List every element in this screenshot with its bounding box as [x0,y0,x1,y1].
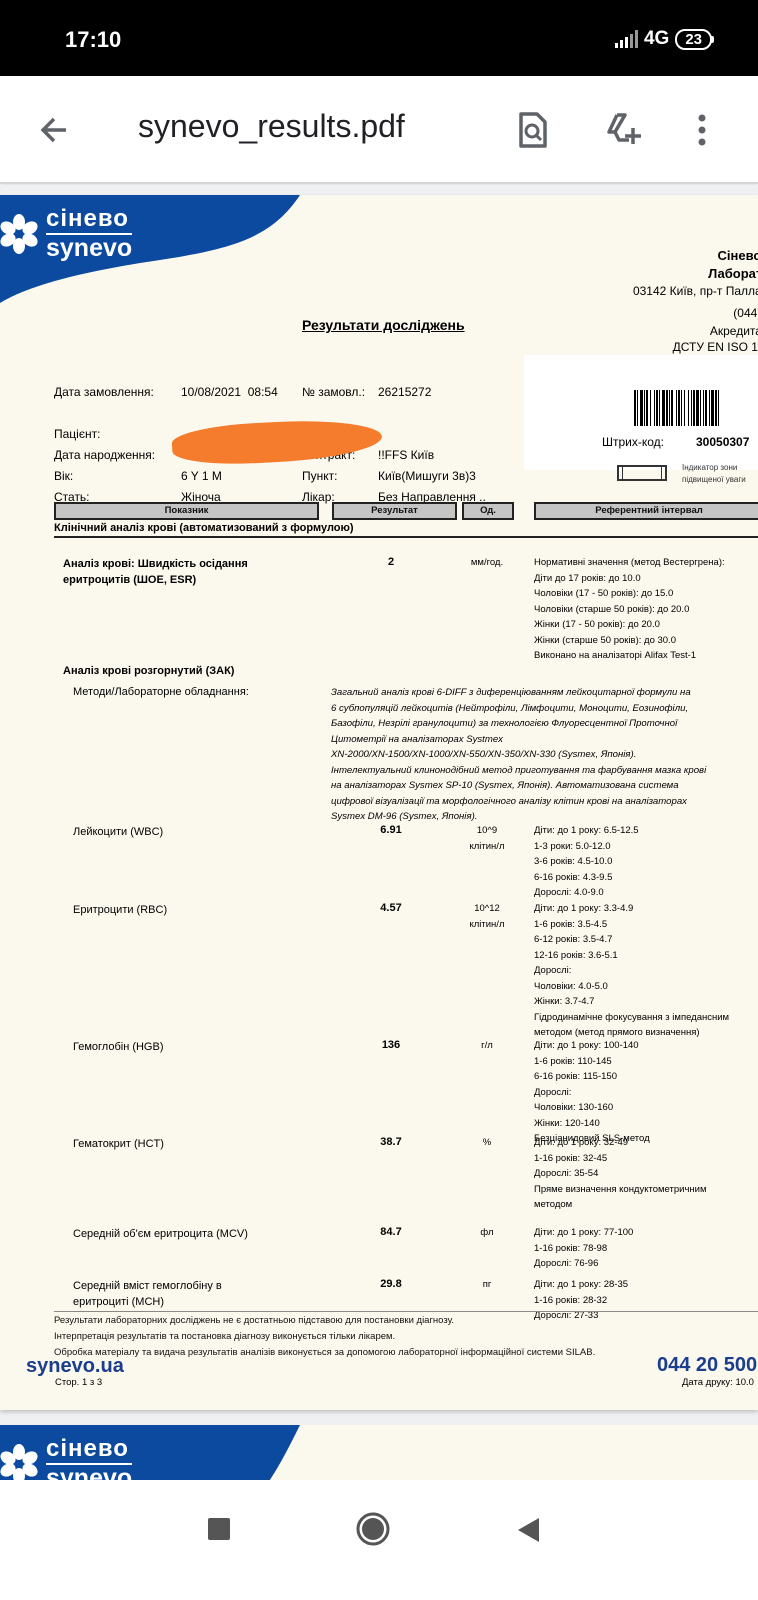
footer-divider [54,1311,758,1312]
print-date: Дата друку: 10.0 [682,1377,754,1388]
pdf-page-2: сінево synevo [0,1425,758,1480]
esr-reference: Нормативні значення (метод Вестергрена):… [534,555,725,664]
lab-info: Сінево (S Лаборатор 03142 Київ, пр-т Пал… [633,247,758,371]
reference-line: Жінки (старше 50 років): до 30.0 [534,633,725,649]
result-unit: пг [452,1277,522,1293]
result-name: Еритроцити (RBC) [73,902,167,918]
reference-line: Жінки: 120-140 [534,1116,650,1132]
flower-logo-icon [0,1442,38,1480]
result-value: 6.91 [362,824,420,836]
reference-line: 1-16 років: 32-45 [534,1151,707,1167]
reference-line: 6-16 років: 115-150 [534,1069,650,1085]
synevo-logo: сінево synevo [0,1437,132,1480]
reference-line: Пряме визначення кондуктометричним [534,1182,707,1198]
age-value: 6 Y 1 M [181,469,222,483]
methods-line: 6 субпопуляцій лейкоцитів (Нейтрофіли, Л… [331,701,706,717]
methods-line: Базофіли, Незрілі гранулоцити) за технол… [331,716,706,732]
indicator-line1: Індикатор зони [682,462,746,474]
reference-line: Гідродинамічне фокусування з імпедансним [534,1010,729,1026]
pdf-page-1: сінево synevo Сінево (S Лаборатор 03142 … [0,195,758,1410]
result-value: 4.57 [362,902,420,914]
cbc-title: Аналіз крові розгорнутий (ЗАК) [63,665,234,677]
result-reference: Діти: до 1 року: 77-1001-16 років: 78-98… [534,1225,633,1272]
signal-icon [615,30,638,48]
esr-value: 2 [362,556,420,568]
point-label: Пункт: [302,469,337,483]
result-unit: г/л [452,1038,522,1054]
footer-phone: 044 20 500 [657,1354,757,1377]
document-title: synevo_results.pdf [138,108,405,145]
lab-accreditation: Акредитація [633,323,758,339]
pdf-viewer[interactable]: сінево synevo Сінево (S Лаборатор 03142 … [0,185,758,1480]
column-header-unit: Од. [462,502,514,520]
result-unit-line: пг [452,1277,522,1293]
result-unit-line: клітин/л [452,917,522,933]
order-date-value: 10/08/2021 08:54 [181,385,278,399]
methods-line: Цитометрії на аналізаторах Systmex [331,732,706,748]
barcode-area: Штрих-код: 30050307 [524,355,758,470]
reference-line: Дорослі: [534,963,729,979]
result-value: 136 [362,1039,420,1051]
reference-line: Діти до 17 років: до 10.0 [534,571,725,587]
flower-logo-icon [0,212,38,256]
reference-line: Чоловіки (17 - 50 років): до 15.0 [534,586,725,602]
navigation-bar [0,1480,758,1600]
lab-subtitle: Лаборатор [633,265,758,283]
reference-line: Жінки: 3.7-4.7 [534,994,729,1010]
reference-line: Діти: до 1 року: 100-140 [534,1038,650,1054]
methods-line: Інтелектуальний клинонодібний метод приг… [331,763,706,779]
reference-line: Нормативні значення (метод Вестергрена): [534,555,725,571]
synevo-logo: сінево synevo [0,207,132,261]
page-title: Результати досліджень [302,317,465,333]
column-header-reference: Референтний інтервал [534,502,758,520]
result-value: 38.7 [362,1136,420,1148]
result-value: 84.7 [362,1226,420,1238]
result-name: Гематокрит (HCT) [73,1136,164,1152]
methods-label: Методи/Лабораторне обладнання: [73,686,249,698]
result-name-line: Еритроцити (RBC) [73,902,167,918]
reference-line: Дорослі: 35-54 [534,1166,707,1182]
result-name-line: еритроциті (MCH) [73,1294,222,1310]
reference-line: 12-16 років: 3.6-5.1 [534,948,729,964]
battery-icon: 23 [675,29,712,50]
result-unit: 10^12клітин/л [452,901,522,933]
result-name-line: Лейкоцити (WBC) [73,824,163,840]
result-name: Середній вміст гемоглобіну веритроциті (… [73,1278,222,1310]
result-name-line: Середній вміст гемоглобіну в [73,1278,222,1294]
more-vert-icon[interactable] [682,110,722,150]
result-value: 29.8 [362,1278,420,1290]
column-header-result: Результат [332,502,457,520]
reference-line: Чоловіки (старше 50 років): до 20.0 [534,602,725,618]
result-unit: % [452,1135,522,1151]
network-type: 4G [644,28,669,50]
result-unit-line: г/л [452,1038,522,1054]
esr-name: Аналіз крові: Швидкість осідання еритроц… [63,556,248,588]
add-to-drive-icon[interactable] [603,110,643,150]
age-label: Вік: [54,469,73,483]
logo-text-lat: synevo [46,235,132,261]
methods-line: Загальний аналіз крові 6-DIFF з диференц… [331,685,706,701]
methods-line: на аналізаторах Sysmex SP-10 (Sysmex, Яп… [331,778,706,794]
site-link: synevo.ua [26,1355,124,1378]
reference-line: Дорослі: 76-96 [534,1256,633,1272]
back-triangle-icon[interactable] [517,1517,541,1543]
page-number: Стор. 1 з 3 [55,1377,102,1388]
status-bar: 17:10 4G 23 [0,0,758,76]
indicator-line2: підвищеної уваги [682,474,746,486]
reference-line: Діти: до 1 року: 32-49 [534,1135,707,1151]
lab-standard: ДСТУ EN ISO 1518 [633,339,758,355]
attention-indicator-icon [617,465,667,481]
lab-phone: (044) 20 [633,305,758,321]
esr-name-line1: Аналіз крові: Швидкість осідання [63,556,248,572]
result-unit: фл [452,1225,522,1241]
reference-line: Жінки (17 - 50 років): до 20.0 [534,617,725,633]
methods-text: Загальний аналіз крові 6-DIFF з диференц… [331,685,706,825]
reference-line: Дорослі: 4.0-9.0 [534,885,639,901]
search-document-icon[interactable] [513,110,553,150]
section-title: Клінічний аналіз крові (автоматизований … [54,522,758,538]
result-name: Гемоглобін (HGB) [73,1039,164,1055]
home-circle-icon[interactable] [356,1512,390,1546]
reference-line: методом [534,1197,707,1213]
result-name-line: Гематокрит (HCT) [73,1136,164,1152]
point-value: Київ(Мишуги 3в)3 [378,469,476,483]
reference-line: Діти: до 1 року: 3.3-4.9 [534,901,729,917]
reference-line: 1-16 років: 28-32 [534,1293,628,1309]
reference-line: Виконано на аналізаторі Alifax Test-1 [534,648,725,664]
footer-note: Інтерпретація результатів та постановка … [54,1331,395,1342]
footer-note: Обробка матеріалу та видача результатів … [54,1347,595,1358]
result-reference: Діти: до 1 року: 28-351-16 років: 28-32Д… [534,1277,628,1324]
esr-unit: мм/год. [452,555,522,571]
order-number-label: № замовл.: [302,385,365,399]
reference-line: 1-6 років: 110-145 [534,1054,650,1070]
lab-name: Сінево (S [633,247,758,265]
patient-label: Пацієнт: [54,427,100,441]
lab-address: 03142 Київ, пр-т Палладін [633,283,758,299]
contract-value: !!FFS Київ [378,448,434,462]
barcode [634,390,721,426]
column-header-indicator: Показник [54,502,319,520]
esr-name-line2: еритроцитів (ШОЕ, ESR) [63,572,248,588]
reference-line: 6-16 років: 4.3-9.5 [534,870,639,886]
result-reference: Діти: до 1 року: 3.3-4.91-6 років: 3.5-4… [534,901,729,1041]
clock: 17:10 [65,27,121,53]
result-reference: Діти: до 1 року: 100-1401-6 років: 110-1… [534,1038,650,1147]
reference-line: Дорослі: [534,1085,650,1101]
reference-line: Чоловіки: 4.0-5.0 [534,979,729,995]
order-number-value: 26215272 [378,385,431,399]
reference-line: 1-16 років: 78-98 [534,1241,633,1257]
logo-text-ukr: сінево [46,207,132,235]
result-name: Середній об'єм еритроцита (MCV) [73,1226,248,1242]
result-unit: 10^9клітин/л [452,823,522,855]
reference-line: 1-6 років: 3.5-4.5 [534,917,729,933]
back-arrow-icon[interactable] [34,110,74,150]
result-unit-line: клітин/л [452,839,522,855]
reference-line: 3-6 років: 4.5-10.0 [534,854,639,870]
result-reference: Діти: до 1 року: 32-491-16 років: 32-45Д… [534,1135,707,1213]
result-unit-line: % [452,1135,522,1151]
logo-text-lat: synevo [46,1465,132,1480]
result-name: Лейкоцити (WBC) [73,824,163,840]
attention-indicator-label: Індикатор зони підвищеної уваги [682,462,746,486]
reference-line: Діти: до 1 року: 6.5-12.5 [534,823,639,839]
reference-line: 1-3 роки: 5.0-12.0 [534,839,639,855]
result-unit-line: фл [452,1225,522,1241]
methods-line: XN-2000/XN-1500/XN-1000/XN-550/XN-350/XN… [331,747,706,763]
reference-line: Чоловіки: 130-160 [534,1100,650,1116]
methods-line: цифрової візуалізації та морфологічного … [331,794,706,810]
result-reference: Діти: до 1 року: 6.5-12.51-3 роки: 5.0-1… [534,823,639,901]
recents-square-icon[interactable] [207,1517,231,1541]
result-name-line: Середній об'єм еритроцита (MCV) [73,1226,248,1242]
reference-line: Діти: до 1 року: 28-35 [534,1277,628,1293]
result-unit-line: 10^12 [452,901,522,917]
logo-text-ukr: сінево [46,1437,132,1465]
barcode-number: 30050307 [696,435,749,449]
result-name-line: Гемоглобін (HGB) [73,1039,164,1055]
result-unit-line: 10^9 [452,823,522,839]
reference-line: 6-12 років: 3.5-4.7 [534,932,729,948]
barcode-label: Штрих-код: [602,435,664,449]
app-bar: synevo_results.pdf [0,76,758,184]
order-date-label: Дата замовлення: [54,385,154,399]
dob-label: Дата народження: [54,448,155,462]
footer-note: Результати лабораторних досліджень не є … [54,1315,454,1326]
reference-line: Діти: до 1 року: 77-100 [534,1225,633,1241]
